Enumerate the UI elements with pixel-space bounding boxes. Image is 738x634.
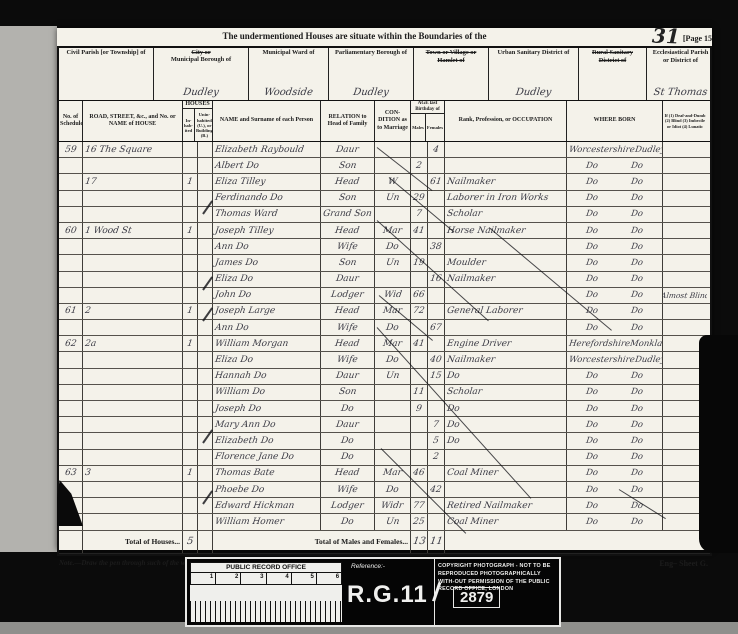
cell-condition: Do [375, 239, 411, 254]
cell-condition: Mar [375, 223, 411, 238]
cell-born: DoDo [567, 272, 663, 287]
cell-uninhabited [198, 466, 213, 481]
census-row: William Homer Do Un 25 Coal Miner DoDo [59, 514, 710, 530]
cell-age-female: 67 [428, 320, 445, 335]
title-band: The undermentioned Houses are situate wi… [57, 28, 712, 46]
cell-age-male: 9 [411, 401, 428, 416]
cell-inhabited [183, 369, 198, 384]
cell-condition: Un [375, 514, 411, 529]
cell-infirmity [663, 207, 707, 222]
district-value: Dudley [153, 87, 249, 98]
cell-age-female [428, 514, 445, 529]
cell-condition: Un [375, 255, 411, 270]
cell-condition: Mar [375, 466, 411, 481]
totals-spacer [445, 531, 707, 553]
col-condition: CON-DITION as to Marriage [375, 101, 411, 141]
district-top-label: City or [156, 49, 246, 56]
cell-occupation [445, 142, 567, 157]
cell-schedule [59, 385, 83, 400]
cell-address [83, 191, 183, 206]
cell-name: William Morgan [213, 336, 321, 351]
cell-occupation: Coal Miner [445, 466, 567, 481]
cell-uninhabited [198, 514, 213, 529]
cell-age-female: 15 [428, 369, 445, 384]
total-males-value: 13 [411, 531, 428, 553]
cell-relation: Do [321, 514, 375, 529]
cell-relation: Son [321, 158, 375, 173]
cell-infirmity [663, 304, 707, 319]
cell-name: Florence Jane Do [213, 450, 321, 465]
cell-age-male [411, 142, 428, 157]
cell-age-male [411, 352, 428, 367]
cell-inhabited [183, 450, 198, 465]
cell-uninhabited [198, 191, 213, 206]
cell-address [83, 498, 183, 513]
cell-age-male [411, 482, 428, 497]
cell-relation: Head [321, 304, 375, 319]
total-houses-label: Total of Houses... [83, 531, 183, 553]
cell-age-male: 41 [411, 336, 428, 351]
col-age-males: Males [411, 114, 426, 141]
stamp-ruler-numbers: 1 2 3 4 5 6 [190, 573, 342, 585]
district-town-village: Town or Village or Hamlet of [414, 48, 489, 100]
cell-age-female [428, 336, 445, 351]
cell-condition [375, 142, 411, 157]
census-form: The undermentioned Houses are situate wi… [57, 28, 712, 550]
cell-address [83, 207, 183, 222]
cell-relation: Daur [321, 369, 375, 384]
cell-uninhabited [198, 255, 213, 270]
cell-relation: Wife [321, 239, 375, 254]
cell-schedule: 59 [59, 142, 83, 157]
stamp-ruler-box: PUBLIC RECORD OFFICE 1 2 3 4 5 6 [190, 562, 342, 622]
cell-uninhabited [198, 385, 213, 400]
cell-address: 2a [83, 336, 183, 351]
cell-age-male [411, 417, 428, 432]
district-civil-parish: Civil Parish [or Township] of [59, 48, 154, 100]
cell-name: Joseph Tilley [213, 223, 321, 238]
census-row: Joseph Do Do 9 Do DoDo [59, 401, 710, 417]
cell-uninhabited [198, 304, 213, 319]
cell-occupation [445, 288, 567, 303]
cell-condition [375, 401, 411, 416]
cell-condition: W [375, 174, 411, 189]
col-age-label: AGE last Birthday of [411, 101, 444, 114]
cell-schedule [59, 369, 83, 384]
cell-inhabited [183, 352, 198, 367]
cell-occupation [445, 158, 567, 173]
page-label: [Page 15 [683, 34, 712, 43]
cell-occupation: Do [445, 417, 567, 432]
district-value: St Thomas [646, 87, 715, 98]
cell-age-female: 16 [428, 272, 445, 287]
cell-age-female: 7 [428, 417, 445, 432]
cell-schedule: 63 [59, 466, 83, 481]
cell-uninhabited [198, 401, 213, 416]
cell-condition [375, 207, 411, 222]
cell-condition: Do [375, 352, 411, 367]
cell-age-male [411, 239, 428, 254]
col-inhabited: In-hab-ited [183, 109, 195, 141]
cell-schedule [59, 158, 83, 173]
cell-address [83, 255, 183, 270]
census-table-body: 59 16 The Square Elizabeth Raybould Daur… [59, 142, 710, 531]
total-houses-value: 5 [183, 531, 198, 553]
sheet-label: Eng– Sheet G. [659, 559, 708, 568]
ruler-number: 3 [241, 573, 266, 584]
cell-name: Ann Do [213, 239, 321, 254]
reference-label: Reference:- [351, 563, 385, 570]
cell-relation: Wife [321, 320, 375, 335]
cell-born: DoDo [567, 385, 663, 400]
cell-address [83, 385, 183, 400]
cell-schedule [59, 450, 83, 465]
cell-inhabited [183, 239, 198, 254]
cell-age-male: 25 [411, 514, 428, 529]
totals-spacer [198, 531, 213, 553]
cell-schedule [59, 433, 83, 448]
cell-address [83, 288, 183, 303]
cell-address [83, 272, 183, 287]
cell-born: DoDo [567, 369, 663, 384]
cell-condition: Un [375, 369, 411, 384]
district-urban-sanitary: Urban Sanitary District of Dudley [489, 48, 579, 100]
ruler-ticks [190, 587, 342, 622]
cell-schedule [59, 288, 83, 303]
scan-artifact [699, 335, 738, 553]
cell-uninhabited [198, 223, 213, 238]
cell-name: Edward Hickman [213, 498, 321, 513]
cell-relation: Daur [321, 417, 375, 432]
cell-condition: Do [375, 320, 411, 335]
census-row: Ferdinando Do Son Un 29 Laborer in Iron … [59, 191, 710, 207]
cell-occupation: Scholar [445, 385, 567, 400]
ruler-number: 6 [317, 573, 341, 584]
cell-born: DoDo [567, 466, 663, 481]
cell-schedule [59, 272, 83, 287]
cell-name: Elizabeth Do [213, 433, 321, 448]
cell-name: William Homer [213, 514, 321, 529]
cell-age-female [428, 158, 445, 173]
cell-relation: Wife [321, 482, 375, 497]
cell-born: DoDo [567, 288, 663, 303]
cell-address: 1 Wood St [83, 223, 183, 238]
cell-infirmity [663, 191, 707, 206]
cell-inhabited [183, 498, 198, 513]
cell-address [83, 320, 183, 335]
col-road: ROAD, STREET, &c., and No. or NAME of HO… [83, 101, 183, 141]
census-row: Elizabeth Do Do 5 Do DoDo [59, 433, 710, 449]
cell-relation: Head [321, 174, 375, 189]
census-row: Florence Jane Do Do 2 DoDo [59, 450, 710, 466]
col-born: WHERE BORN [567, 101, 663, 141]
cell-uninhabited [198, 320, 213, 335]
cell-age-male: 66 [411, 288, 428, 303]
cell-address [83, 433, 183, 448]
scanned-census-page: The undermentioned Houses are situate wi… [0, 0, 738, 634]
cell-address: 2 [83, 304, 183, 319]
cell-occupation: Nailmaker [445, 352, 567, 367]
cell-relation: Grand Son [321, 207, 375, 222]
col-schedule: No. of Schedule [59, 101, 83, 141]
district-value: Dudley [488, 87, 579, 98]
cell-address: 3 [83, 466, 183, 481]
cell-inhabited [183, 514, 198, 529]
cell-schedule [59, 174, 83, 189]
census-row: 17 1 Eliza Tilley Head W 61 Nailmaker Do… [59, 174, 710, 190]
total-persons-label: Total of Males and Females... [213, 531, 411, 553]
district-label: Urban Sanitary District of [491, 49, 576, 57]
cell-occupation [445, 239, 567, 254]
cell-condition: Wid [375, 288, 411, 303]
district-value: Dudley [328, 87, 414, 98]
cell-inhabited: 1 [183, 336, 198, 351]
cell-relation: Do [321, 450, 375, 465]
cell-occupation: Scholar [445, 207, 567, 222]
cell-age-male [411, 272, 428, 287]
cell-occupation: Nailmaker [445, 272, 567, 287]
cell-uninhabited [198, 288, 213, 303]
col-houses-group: HOUSES In-hab-ited Unin-habited (U.), or… [183, 101, 213, 141]
cell-age-male: 46 [411, 466, 428, 481]
cell-occupation: Nailmaker [445, 174, 567, 189]
cell-name: John Do [213, 288, 321, 303]
ruler-number: 5 [292, 573, 317, 584]
cell-born: DoDo [567, 514, 663, 529]
cell-uninhabited [198, 352, 213, 367]
cell-name: William Do [213, 385, 321, 400]
cell-infirmity [663, 255, 707, 270]
cell-age-female: 4 [428, 142, 445, 157]
census-row: Thomas Ward Grand Son 7 Scholar DoDo [59, 207, 710, 223]
cell-age-female [428, 255, 445, 270]
cell-born: DoDo [567, 433, 663, 448]
cell-born: DoDo [567, 255, 663, 270]
cell-age-male [411, 433, 428, 448]
cell-born: DoDo [567, 158, 663, 173]
cell-uninhabited [198, 174, 213, 189]
cell-schedule [59, 401, 83, 416]
census-row: 63 3 1 Thomas Bate Head Mar 46 Coal Mine… [59, 466, 710, 482]
district-label: Municipal Borough of [156, 56, 246, 64]
cell-inhabited [183, 433, 198, 448]
cell-condition: Widr [375, 498, 411, 513]
census-row: John Do Lodger Wid 66 DoDo Almost Blind [59, 288, 710, 304]
cell-name: Hannah Do [213, 369, 321, 384]
cell-age-female [428, 223, 445, 238]
census-table: No. of Schedule ROAD, STREET, &c., and N… [57, 101, 712, 556]
cell-occupation: Coal Miner [445, 514, 567, 529]
cell-infirmity [663, 223, 707, 238]
cell-name: Mary Ann Do [213, 417, 321, 432]
cell-name: Eliza Tilley [213, 174, 321, 189]
cell-uninhabited [198, 369, 213, 384]
district-label: Municipal Ward of [251, 49, 326, 57]
cell-born: DoDo [567, 191, 663, 206]
col-age-group: AGE last Birthday of Males Females [411, 101, 445, 141]
col-name: NAME and Surname of each Person [213, 101, 321, 141]
census-row: Albert Do Son 2 DoDo [59, 158, 710, 174]
cell-age-female [428, 401, 445, 416]
cell-occupation: Do [445, 433, 567, 448]
form-title: The undermentioned Houses are situate wi… [57, 31, 652, 41]
public-record-office-stamp: PUBLIC RECORD OFFICE 1 2 3 4 5 6 Referen… [185, 557, 561, 627]
cell-uninhabited [198, 158, 213, 173]
cell-condition [375, 450, 411, 465]
census-row: Ann Do Wife Do 67 DoDo [59, 320, 710, 336]
cell-born: DoDo [567, 174, 663, 189]
cell-inhabited [183, 142, 198, 157]
cell-relation: Lodger [321, 498, 375, 513]
cell-condition [375, 385, 411, 400]
cell-inhabited [183, 385, 198, 400]
cell-schedule [59, 191, 83, 206]
cell-name: Phoebe Do [213, 482, 321, 497]
cell-uninhabited [198, 336, 213, 351]
cell-age-female [428, 385, 445, 400]
census-row: 59 16 The Square Elizabeth Raybould Daur… [59, 142, 710, 158]
cell-infirmity [663, 272, 707, 287]
cell-name: Thomas Bate [213, 466, 321, 481]
cell-born: DoDo [567, 320, 663, 335]
ruler-number: 1 [191, 573, 216, 584]
census-row: James Do Son Un 19 Moulder DoDo [59, 255, 710, 271]
district-municipal-borough: City or Municipal Borough of Dudley [154, 48, 249, 100]
cell-age-male: 72 [411, 304, 428, 319]
cell-condition: Mar [375, 336, 411, 351]
reference-piece-number: 2879 [453, 587, 500, 608]
cell-born: DoDo [567, 207, 663, 222]
cell-age-male [411, 450, 428, 465]
cell-name: Ann Do [213, 320, 321, 335]
scan-margin [0, 26, 57, 552]
cell-relation: Head [321, 336, 375, 351]
col-houses-label: HOUSES [183, 101, 212, 109]
cell-infirmity: Almost Blind [663, 288, 707, 303]
cell-name: Albert Do [213, 158, 321, 173]
cell-schedule [59, 239, 83, 254]
cell-address [83, 352, 183, 367]
census-row: Hannah Do Daur Un 15 Do DoDo [59, 369, 710, 385]
cell-inhabited [183, 482, 198, 497]
district-parliamentary-borough: Parliamentary Borough of Dudley [329, 48, 414, 100]
census-row: Phoebe Do Wife Do 42 DoDo [59, 482, 710, 498]
cell-relation: Son [321, 255, 375, 270]
cell-infirmity [663, 142, 707, 157]
cell-address [83, 417, 183, 432]
district-value: Woodside [248, 87, 329, 98]
census-row: 60 1 Wood St 1 Joseph Tilley Head Mar 41… [59, 223, 710, 239]
cell-address [83, 369, 183, 384]
col-age-females: Females [426, 114, 444, 141]
census-row: William Do Son 11 Scholar DoDo [59, 385, 710, 401]
cell-relation: Son [321, 191, 375, 206]
cell-occupation: Laborer in Iron Works [445, 191, 567, 206]
cell-inhabited [183, 417, 198, 432]
cell-condition: Un [375, 191, 411, 206]
census-row: Eliza Do Wife Do 40 Nailmaker Worcesters… [59, 352, 710, 368]
cell-infirmity [663, 158, 707, 173]
cell-occupation [445, 482, 567, 497]
cell-inhabited: 1 [183, 466, 198, 481]
cell-schedule [59, 207, 83, 222]
cell-schedule [59, 255, 83, 270]
cell-address [83, 482, 183, 497]
ruler-number: 4 [267, 573, 292, 584]
cell-relation: Lodger [321, 288, 375, 303]
cell-born: DoDo [567, 304, 663, 319]
cell-schedule [59, 352, 83, 367]
cell-inhabited: 1 [183, 223, 198, 238]
census-row: Eliza Do Daur 16 Nailmaker DoDo [59, 272, 710, 288]
census-row: Mary Ann Do Daur 7 Do DoDo [59, 417, 710, 433]
cell-relation: Daur [321, 142, 375, 157]
col-occupation: Rank, Profession, or OCCUPATION [445, 101, 567, 141]
cell-name: Thomas Ward [213, 207, 321, 222]
census-row: Ann Do Wife Do 38 DoDo [59, 239, 710, 255]
cell-born: DoDo [567, 223, 663, 238]
census-row: Edward Hickman Lodger Widr 77 Retired Na… [59, 498, 710, 514]
cell-address [83, 239, 183, 254]
cell-name: James Do [213, 255, 321, 270]
cell-condition [375, 417, 411, 432]
total-females-value: 11 [428, 531, 445, 553]
cell-condition: Mar [375, 304, 411, 319]
cell-occupation [445, 450, 567, 465]
cell-occupation: Moulder [445, 255, 567, 270]
cell-address [83, 450, 183, 465]
district-header-row: Civil Parish [or Township] of City or Mu… [57, 46, 712, 101]
cell-inhabited [183, 158, 198, 173]
cell-condition [375, 433, 411, 448]
cell-born: HerefordshireMonkland [567, 336, 663, 351]
cell-address [83, 401, 183, 416]
cell-born: DoDo [567, 239, 663, 254]
district-rural-sanitary: Rural Sanitary District of [579, 48, 647, 100]
cell-born: DoDo [567, 417, 663, 432]
cell-age-female [428, 498, 445, 513]
cell-condition [375, 272, 411, 287]
cell-age-female [428, 466, 445, 481]
cell-age-female: 61 [428, 174, 445, 189]
cell-inhabited: 1 [183, 174, 198, 189]
cell-schedule [59, 320, 83, 335]
cell-address [83, 514, 183, 529]
cell-address [83, 158, 183, 173]
cell-occupation: Retired Nailmaker [445, 498, 567, 513]
cell-occupation: Do [445, 401, 567, 416]
cell-born: DoDo [567, 401, 663, 416]
ruler-number: 2 [216, 573, 241, 584]
cell-uninhabited [198, 142, 213, 157]
cell-born: WorcestershireDudley [567, 142, 663, 157]
cell-occupation [445, 320, 567, 335]
cell-inhabited [183, 272, 198, 287]
cell-inhabited: 1 [183, 304, 198, 319]
cell-relation: Daur [321, 272, 375, 287]
cell-schedule: 61 [59, 304, 83, 319]
cell-age-male [411, 320, 428, 335]
cell-age-male: 77 [411, 498, 428, 513]
cell-address: 17 [83, 174, 183, 189]
totals-spacer [59, 531, 83, 553]
cell-uninhabited [198, 498, 213, 513]
district-municipal-ward: Municipal Ward of Woodside [249, 48, 329, 100]
stamp-reference-box: Reference:- R.G.11 / 2879 [345, 559, 434, 625]
cell-schedule: 62 [59, 336, 83, 351]
cell-relation: Do [321, 433, 375, 448]
cell-name: Eliza Do [213, 272, 321, 287]
